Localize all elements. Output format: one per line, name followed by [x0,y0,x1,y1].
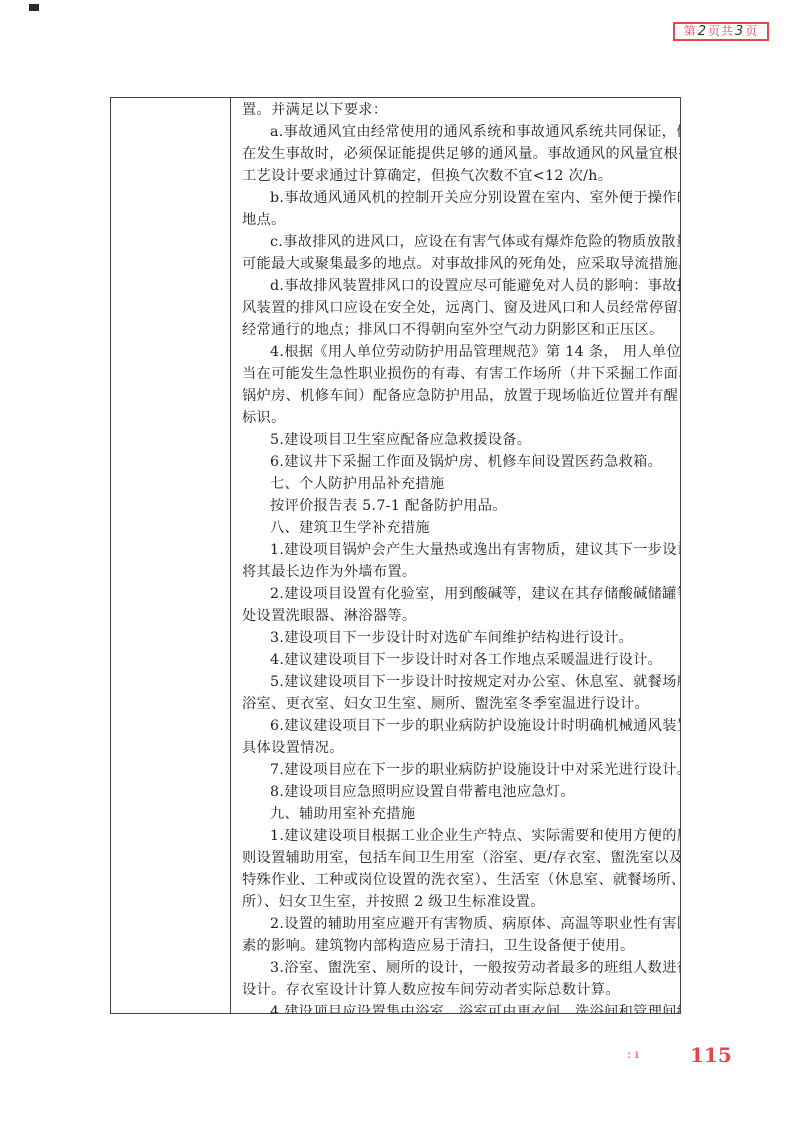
text-line: 经常通行的地点；排风口不得朝向室外空气动力阴影区和正压区。 [242,319,675,341]
text-line: 则设置辅助用室，包括车间卫生用室（浴室、更/存衣室、盥洗室以及在 [242,847,675,869]
content-table: 置。并满足以下要求：a.事故通风宜由经常使用的通风系统和事故通风系统共同保证，但… [110,97,681,1014]
text-line: 4.根据《用人单位劳动防护用品管理规范》第 14 条， 用人单位应 [242,341,675,363]
text-line: 8.建设项目应急照明应设置自带蓄电池应急灯。 [242,781,675,803]
text-line: d.事故排风装置排风口的设置应尽可能避免对人员的影响：事故排 [242,275,675,297]
text-line: 4.建设项目应设置集中浴室。浴室可由更衣间、洗浴间和管理间组 [242,1001,675,1013]
scan-corner-mark [29,4,39,11]
text-line: a.事故通风宜由经常使用的通风系统和事故通风系统共同保证，但 [242,121,675,143]
text-line: 锅炉房、机修车间）配备应急防护用品，放置于现场临近位置并有醒目 [242,385,675,407]
text-line: 处设置洗眼器、淋浴器等。 [242,605,675,627]
stamp-suffix: 页 [745,22,758,41]
text-line: 1.建议建设项目根据工业企业生产特点、实际需要和使用方便的原 [242,825,675,847]
text-line: 工艺设计要求通过计算确定，但换气次数不宜<12 次/h。 [242,165,675,187]
text-line: 当在可能发生急性职业损伤的有毒、有害工作场所（井下采掘工作面、 [242,363,675,385]
text-line: 在发生事故时，必须保证能提供足够的通风量。事故通风的风量宜根据 [242,143,675,165]
text-line: 七、个人防护用品补充措施 [242,473,675,495]
text-line: 九、辅助用室补充措施 [242,803,675,825]
text-line: 6.建议井下采掘工作面及锅炉房、机修车间设置医药急救箱。 [242,451,675,473]
stamp-prefix: 第 [684,22,697,41]
text-line: 2.建设项目设置有化验室，用到酸碱等，建议在其存储酸碱储罐等 [242,583,675,605]
text-line: 浴室、更衣室、妇女卫生室、厕所、盥洗室冬季室温进行设计。 [242,693,675,715]
text-line: 2.设置的辅助用室应避开有害物质、病原体、高温等职业性有害因 [242,913,675,935]
text-line: 置。并满足以下要求： [242,99,675,121]
text-line: 1.建设项目锅炉会产生大量热或逸出有害物质，建议其下一步设计 [242,539,675,561]
text-line: 4.建议建设项目下一步设计时对各工作地点采暖温进行设计。 [242,649,675,671]
footer-marks: : ı [627,1047,639,1061]
text-line: 素的影响。建筑物内部构造应易于清扫，卫生设备便于使用。 [242,935,675,957]
text-line: 可能最大或聚集最多的地点。对事故排风的死角处，应采取导流措施。 [242,253,675,275]
text-line: 八、建筑卫生学补充措施 [242,517,675,539]
text-line: b.事故通风通风机的控制开关应分别设置在室内、室外便于操作的 [242,187,675,209]
text-line: 3.建设项目下一步设计时对选矿车间维护结构进行设计。 [242,627,675,649]
table-right-cell: 置。并满足以下要求：a.事故通风宜由经常使用的通风系统和事故通风系统共同保证，但… [231,98,680,1013]
text-line: 3.浴室、盥洗室、厕所的设计，一般按劳动者最多的班组人数进行 [242,957,675,979]
text-line: 按评价报告表 5.7-1 配备防护用品。 [242,495,675,517]
text-line: 7.建设项目应在下一步的职业病防护设施设计中对采光进行设计。 [242,759,675,781]
text-line: 地点。 [242,209,675,231]
text-line: 标识。 [242,407,675,429]
text-line: 设计。存衣室设计计算人数应按车间劳动者实际总数计算。 [242,979,675,1001]
text-line: 5.建议建设项目下一步设计时按规定对办公室、休息室、就餐场所、 [242,671,675,693]
text-line: 特殊作业、工种或岗位设置的洗衣室）、生活室（休息室、就餐场所、厕 [242,869,675,891]
page-number-stamp: 115 [690,1043,732,1067]
page-count-stamp: 第 2 页共 3 页 [673,22,769,41]
stamp-total-pages: 3 [735,22,744,41]
text-line: 具体设置情况。 [242,737,675,759]
text-line: 6.建议建设项目下一步的职业病防护设施设计时明确机械通风装置 [242,715,675,737]
table-left-cell [111,98,231,1013]
stamp-mid: 页共 [708,22,734,41]
text-line: 所）、妇女卫生室，并按照 2 级卫生标准设置。 [242,891,675,913]
text-line: 5.建设项目卫生室应配备应急救援设备。 [242,429,675,451]
text-line: 将其最长边作为外墙布置。 [242,561,675,583]
stamp-current-page: 2 [698,22,707,41]
text-line: c.事故排风的进风口，应设在有害气体或有爆炸危险的物质放散量 [242,231,675,253]
text-line: 风装置的排风口应设在安全处，远离门、窗及进风口和人员经常停留或 [242,297,675,319]
